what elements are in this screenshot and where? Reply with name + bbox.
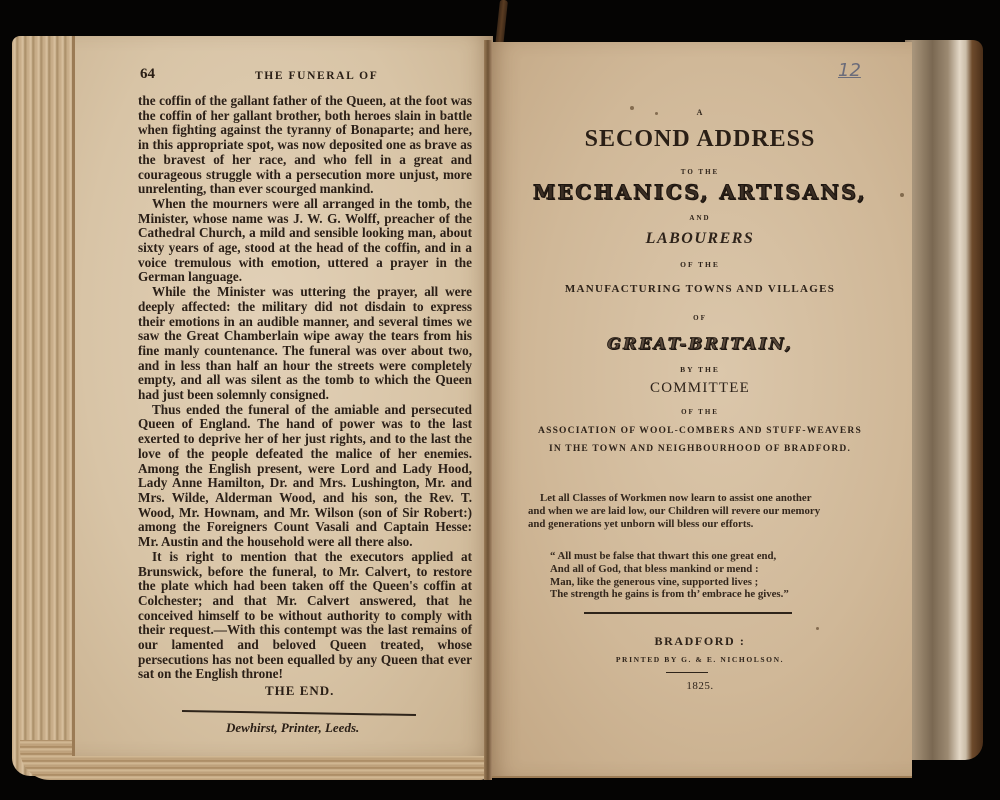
paragraph: It is right to mention that the executor… [138, 550, 472, 682]
paragraph: Thus ended the funeral of the amiable an… [138, 403, 472, 550]
divider-rule [584, 612, 792, 614]
title-of-the: OF THE [500, 260, 900, 269]
verse-line: And all of God, that bless mankind or me… [550, 563, 870, 576]
pencil-page-number: 12 [838, 60, 861, 81]
paragraph: When the mourners were all arranged in t… [138, 197, 472, 285]
title-labourers: LABOURERS [500, 230, 900, 248]
imprint-year: 1825. [500, 680, 900, 692]
motto-line: and when we are laid low, our Children w… [528, 505, 848, 518]
left-page-body: the coffin of the gallant father of the … [138, 94, 472, 682]
title-committee: COMMITTEE [500, 380, 900, 397]
motto-line: and generations yet unborn will bless ou… [528, 518, 848, 531]
motto-line: Let all Classes of Workmen now learn to … [528, 492, 848, 505]
paragraph: While the Minister was uttering the pray… [138, 285, 472, 403]
title-second-address: SECOND ADDRESS [500, 126, 900, 153]
left-page-header: 64 THE FUNERAL OF [140, 66, 480, 84]
title-by-the: BY THE [500, 365, 900, 374]
title-manufacturing-towns: MANUFACTURING TOWNS AND VILLAGES [500, 283, 900, 295]
paragraph: the coffin of the gallant father of the … [138, 94, 472, 197]
title-article: A [500, 108, 900, 117]
title-and: AND [500, 214, 900, 222]
running-head: THE FUNERAL OF [255, 70, 378, 82]
verse-block: “ All must be false that thwart this one… [550, 550, 870, 601]
title-of-the-2: OF THE [500, 408, 900, 416]
verse-line: “ All must be false that thwart this one… [550, 550, 870, 563]
title-association: ASSOCIATION OF WOOL-COMBERS AND STUFF-WE… [500, 426, 900, 436]
title-mechanics-artisans: MECHANICS, ARTISANS, [500, 180, 900, 204]
foxing-spot [816, 627, 819, 630]
verse-line: The strength he gains is from th’ embrac… [550, 588, 870, 601]
title-town-bradford: IN THE TOWN AND NEIGHBOURHOOD OF BRADFOR… [500, 444, 900, 454]
the-end-label: THE END. [265, 683, 334, 699]
verse-line: Man, like the generous vine, supported l… [550, 576, 870, 589]
foxing-spot [900, 193, 904, 197]
title-of: OF [500, 314, 900, 322]
title-great-britain: GREAT-BRITAIN, [500, 334, 900, 353]
right-page-block-edges [905, 40, 983, 760]
title-to-the: TO THE [500, 168, 900, 176]
imprint-printer: PRINTED BY G. & E. NICHOLSON. [500, 655, 900, 664]
page-number: 64 [140, 66, 155, 83]
imprint-place: BRADFORD : [500, 634, 900, 649]
motto-block: Let all Classes of Workmen now learn to … [528, 492, 848, 531]
book-gutter [484, 40, 492, 780]
printer-colophon: Dewhirst, Printer, Leeds. [226, 720, 359, 736]
short-divider-rule [666, 672, 708, 673]
